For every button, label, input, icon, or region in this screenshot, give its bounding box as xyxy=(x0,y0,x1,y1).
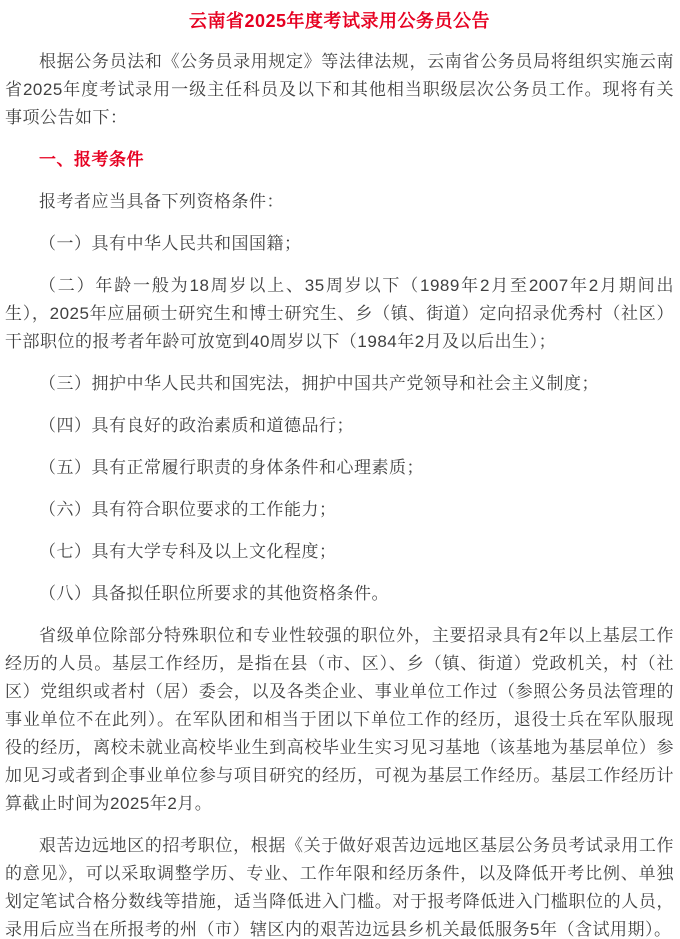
requirements-lead: 报考者应当具备下列资格条件： xyxy=(5,188,674,216)
requirement-item-7-education: （七）具有大学专科及以上文化程度； xyxy=(5,538,674,566)
announcement-document: 云南省2025年度考试录用公务员公告 根据公务员法和《公务员录用规定》等法律法规… xyxy=(0,0,680,939)
requirement-item-2-age: （二）年龄一般为18周岁以上、35周岁以下（1989年2月至2007年2月期间出… xyxy=(5,272,674,356)
hardship-remote-area-paragraph: 艰苦边远地区的招考职位，根据《关于做好艰苦边远地区基层公务员考试录用工作的意见》… xyxy=(5,832,674,939)
grassroots-experience-paragraph: 省级单位除部分特殊职位和专业性较强的职位外，主要招录具有2年以上基层工作经历的人… xyxy=(5,622,674,818)
requirement-item-3-constitution: （三）拥护中华人民共和国宪法，拥护中国共产党领导和社会主义制度； xyxy=(5,370,674,398)
page-title: 云南省2025年度考试录用公务员公告 xyxy=(5,8,674,34)
requirement-item-5-physical-condition: （五）具有正常履行职责的身体条件和心理素质； xyxy=(5,454,674,482)
requirement-item-4-moral-quality: （四）具有良好的政治素质和道德品行； xyxy=(5,412,674,440)
intro-paragraph: 根据公务员法和《公务员录用规定》等法律法规，云南省公务员局将组织实施云南省202… xyxy=(5,48,674,132)
requirement-item-6-work-ability: （六）具有符合职位要求的工作能力； xyxy=(5,496,674,524)
requirement-item-1-nationality: （一）具有中华人民共和国国籍； xyxy=(5,230,674,258)
section-heading-application-requirements: 一、报考条件 xyxy=(5,146,674,174)
requirement-item-8-other-qualifications: （八）具备拟任职位所要求的其他资格条件。 xyxy=(5,580,674,608)
